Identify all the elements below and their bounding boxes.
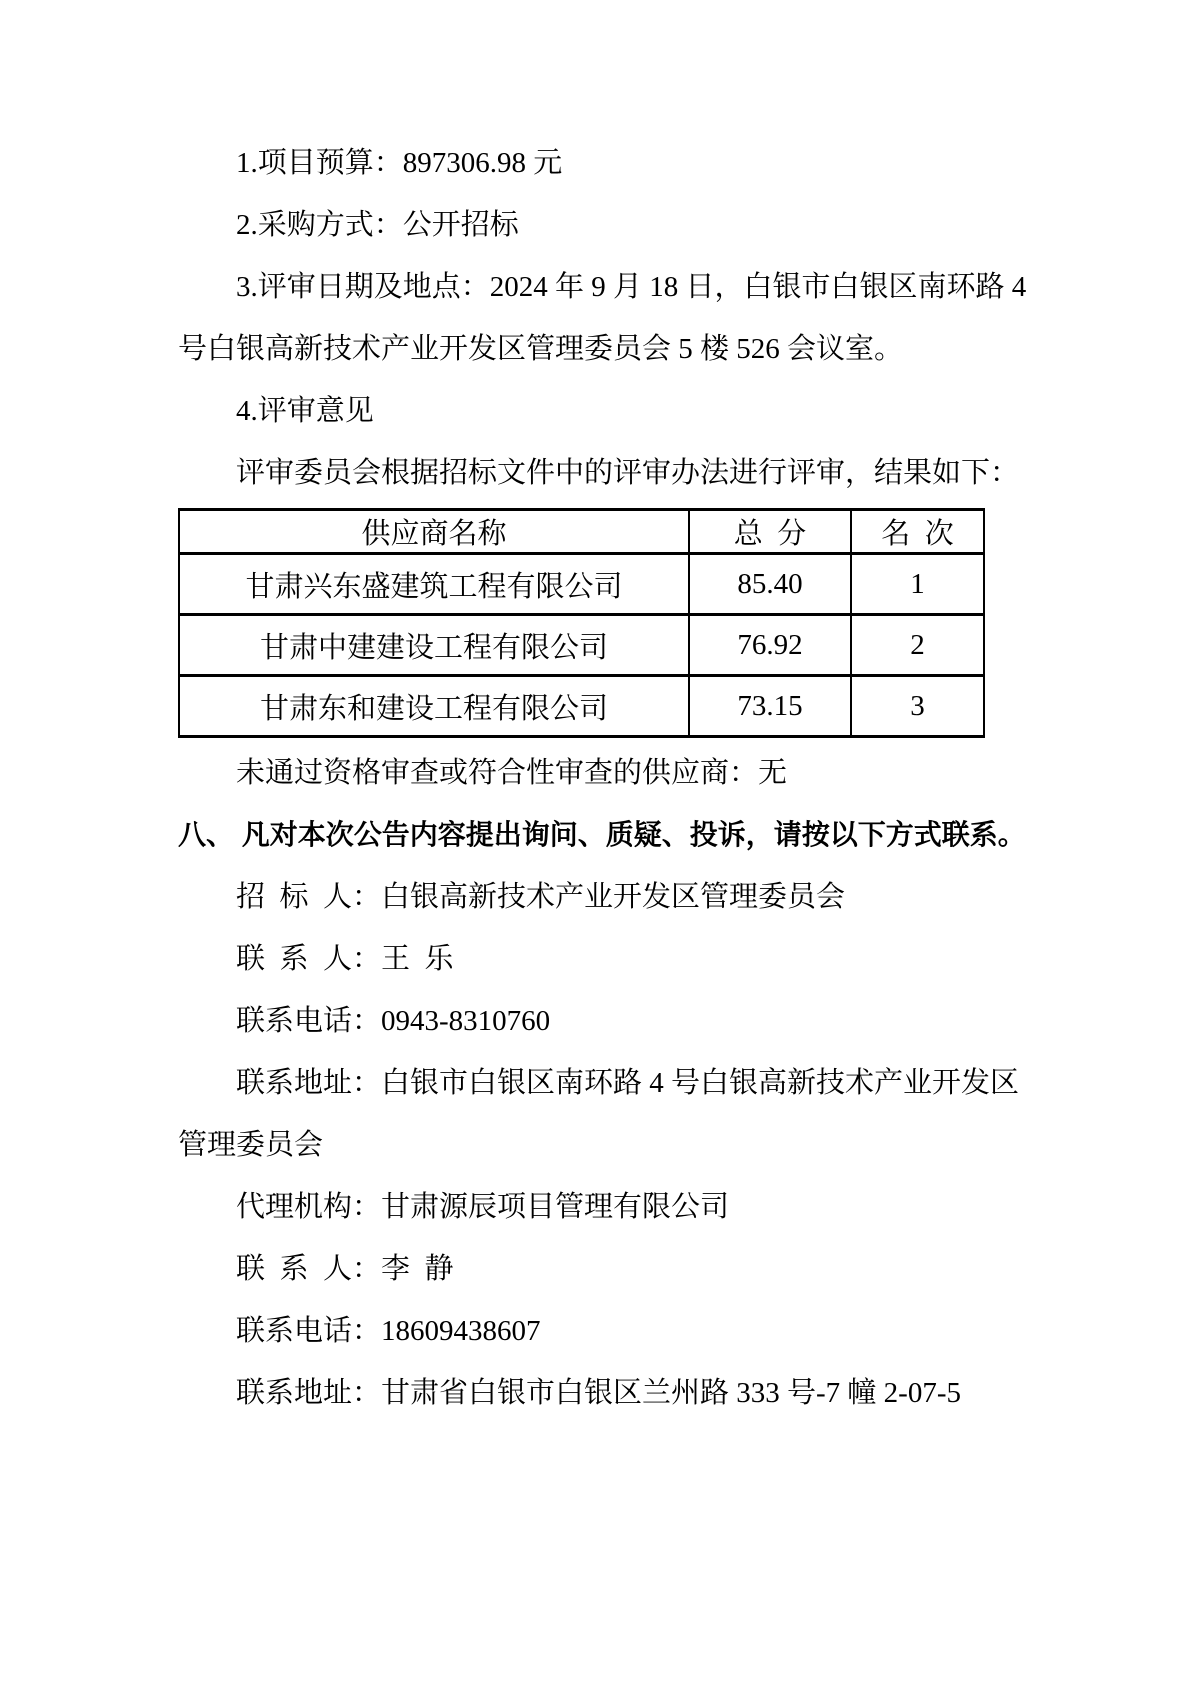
contact-phone-agency: 联系电话：18609438607 [178,1300,1018,1362]
document-page: 1.项目预算：897306.98 元 2.采购方式：公开招标 3.评审日期及地点… [0,0,1191,1684]
score-cell: 73.15 [689,676,851,737]
rank-cell: 1 [851,554,984,615]
contact-address-agency: 联系地址：甘肃省白银市白银区兰州路 333 号-7 幢 2-07-5 [178,1362,1018,1424]
score-cell: 76.92 [689,615,851,676]
table-header-rank: 名 次 [851,510,984,554]
supplier-name-cell: 甘肃中建建设工程有限公司 [179,615,689,676]
paragraph-review-date-location-cont: 号白银高新技术产业开发区管理委员会 5 楼 526 会议室。 [178,318,1018,380]
contact-phone-tenderer: 联系电话：0943-8310760 [178,990,1018,1052]
contact-person-tenderer: 联 系 人：王 乐 [178,928,1018,990]
supplier-name-cell: 甘肃兴东盛建筑工程有限公司 [179,554,689,615]
table-header-row: 供应商名称 总 分 名 次 [179,510,984,554]
document-content: 1.项目预算：897306.98 元 2.采购方式：公开招标 3.评审日期及地点… [178,132,1018,1424]
paragraph-procurement-method: 2.采购方式：公开招标 [178,194,1018,256]
section-heading-contact: 八、 凡对本次公告内容提出询问、质疑、投诉，请按以下方式联系。 [178,804,1018,866]
contact-agency: 代理机构：甘肃源辰项目管理有限公司 [178,1176,1018,1238]
table-header-score: 总 分 [689,510,851,554]
paragraph-review-date-location: 3.评审日期及地点：2024 年 9 月 18 日，白银市白银区南环路 4 [178,256,1018,318]
rank-cell: 3 [851,676,984,737]
rank-cell: 2 [851,615,984,676]
table-header-supplier: 供应商名称 [179,510,689,554]
paragraph-review-opinion: 4.评审意见 [178,380,1018,442]
table-row: 甘肃东和建设工程有限公司 73.15 3 [179,676,984,737]
evaluation-results-table: 供应商名称 总 分 名 次 甘肃兴东盛建筑工程有限公司 85.40 1 甘肃中建… [178,508,985,738]
paragraph-project-budget: 1.项目预算：897306.98 元 [178,132,1018,194]
table-row: 甘肃兴东盛建筑工程有限公司 85.40 1 [179,554,984,615]
paragraph-review-result-intro: 评审委员会根据招标文件中的评审办法进行评审，结果如下： [178,442,1018,504]
contact-person-agency: 联 系 人：李 静 [178,1238,1018,1300]
contact-tenderer: 招 标 人：白银高新技术产业开发区管理委员会 [178,866,1018,928]
supplier-name-cell: 甘肃东和建设工程有限公司 [179,676,689,737]
contact-address-tenderer: 联系地址：白银市白银区南环路 4 号白银高新技术产业开发区 [178,1052,1018,1114]
table-row: 甘肃中建建设工程有限公司 76.92 2 [179,615,984,676]
paragraph-unqualified-suppliers: 未通过资格审查或符合性审查的供应商：无 [178,742,1018,804]
contact-address-tenderer-cont: 管理委员会 [178,1114,1018,1176]
score-cell: 85.40 [689,554,851,615]
